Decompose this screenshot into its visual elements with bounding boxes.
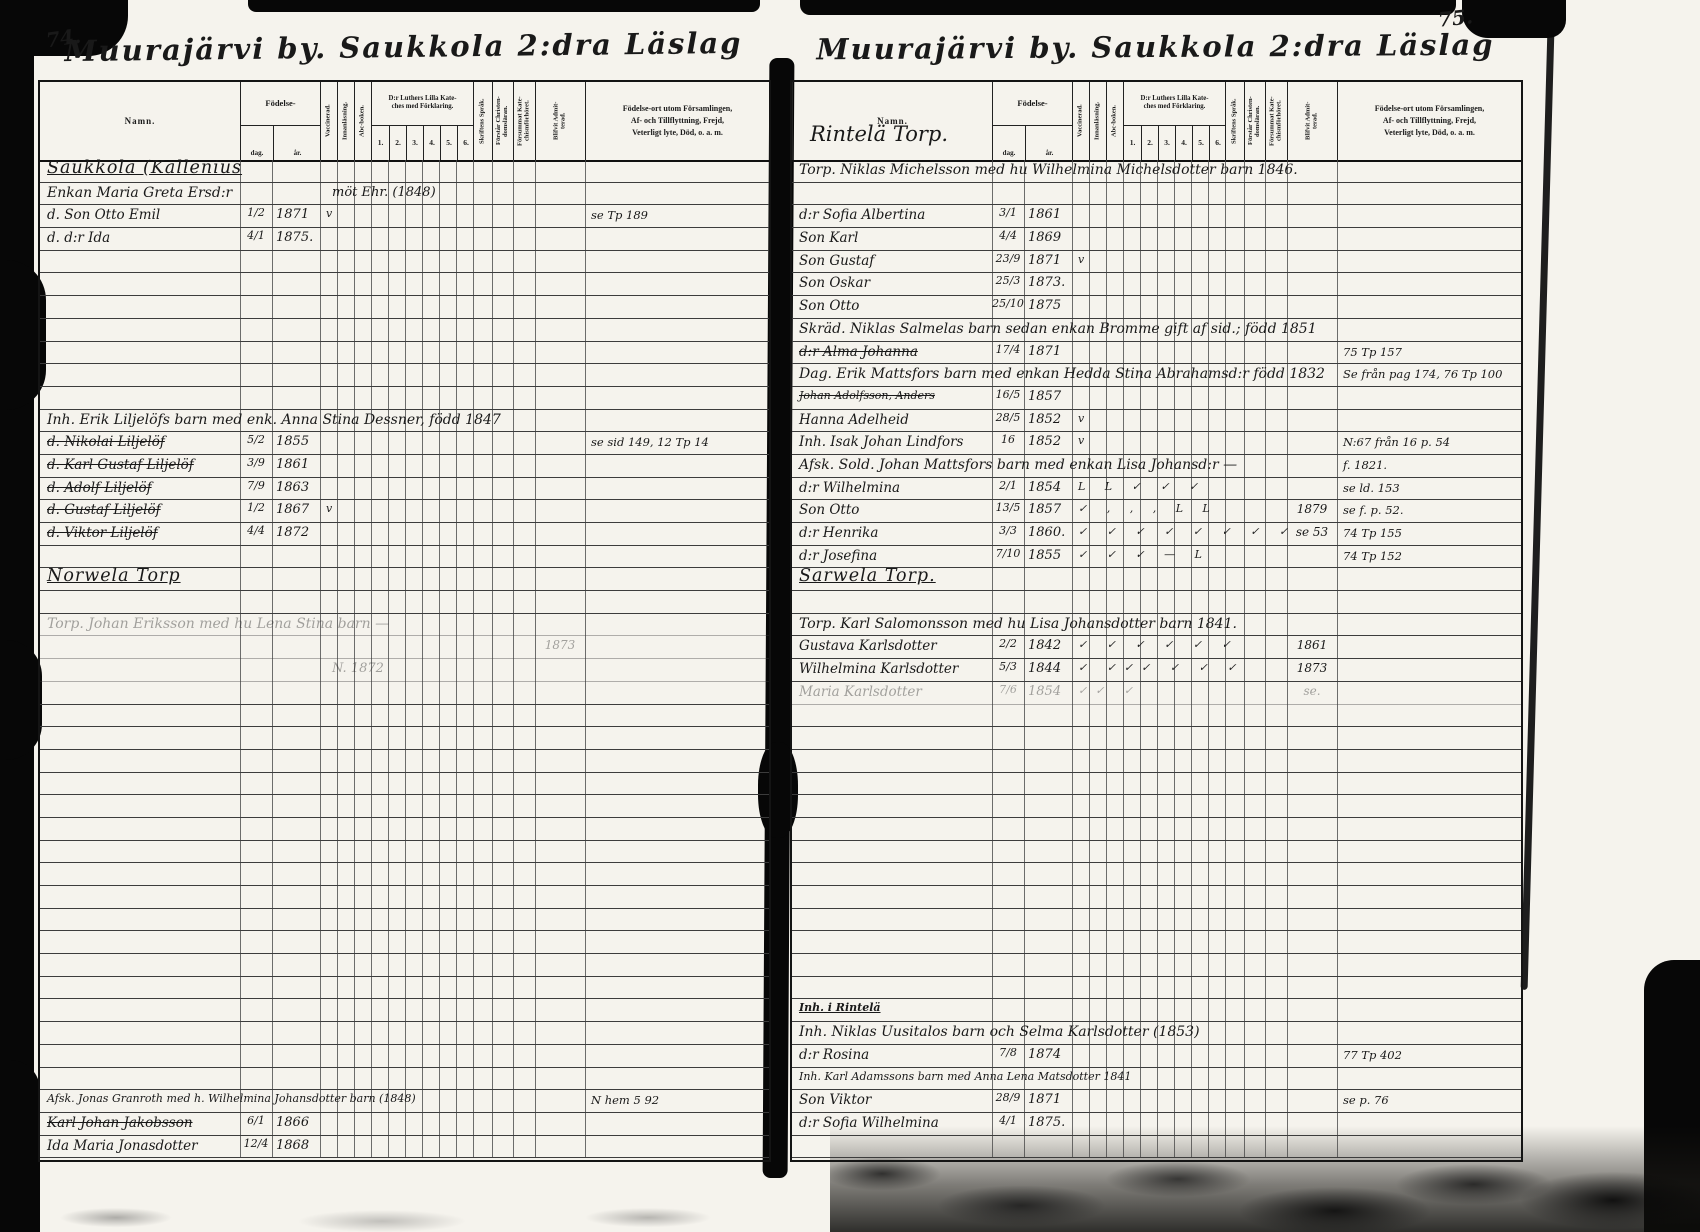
table-row — [40, 795, 769, 818]
table-header: Namn.Födelse-dag.år.Vaccinerad.Innanläsn… — [40, 82, 769, 162]
entry-birth-year: 1875 — [1028, 298, 1061, 313]
table-row: Son Gustaf23/91871v — [792, 251, 1521, 274]
table-row — [792, 931, 1521, 954]
entry-birth-day: 16/5 — [992, 388, 1024, 401]
table-row: d:r Wilhelmina2/11854L L ✓ ✓ ✓se ld. 153 — [792, 478, 1521, 501]
column-header-label: Förstår Christen- domsläran. — [493, 82, 513, 160]
column-header-vertical: Blifvit Admit- terad. — [535, 82, 585, 160]
scan-streak — [1521, 30, 1555, 990]
entry-birth-day: 17/4 — [992, 343, 1024, 356]
table-row — [40, 909, 769, 932]
table-row: d. Karl Gustaf Liljelöf3/91861 — [40, 455, 769, 478]
table-row — [792, 750, 1521, 773]
entry-name: Torp. Johan Eriksson med hu Lena Stina b… — [47, 616, 389, 632]
table-row: d:r Rosina7/8187477 Tp 402 — [792, 1045, 1521, 1068]
entry-name: Wilhelmina Karlsdotter — [799, 661, 958, 677]
column-header-fodelseort: Födelse-ort utom Församlingen, Af- och T… — [1337, 82, 1521, 160]
entry-birth-year: 1857 — [1028, 502, 1061, 517]
table-row — [40, 886, 769, 909]
entry-birth-year: 1854 — [1028, 684, 1061, 699]
table-row — [792, 705, 1521, 728]
table-header: Rintelä Torp. Namn.Födelse-dag.år.Vaccin… — [792, 82, 1521, 162]
section-heading-overlay: Rintelä Torp. — [810, 122, 948, 146]
entry-mid-note: N. 1872 — [332, 661, 384, 676]
entry-admitted-year: se 53 — [1289, 525, 1335, 539]
table-row — [40, 296, 769, 319]
table-row: Maria Karlsdotter7/61854✓✓ ✓se. — [792, 682, 1521, 705]
entry-name: d. Karl Gustaf Liljelöf — [47, 457, 194, 473]
column-header-katekes-number: 1. — [1124, 125, 1141, 160]
table-row: Inh. i Rintelä — [792, 999, 1521, 1022]
entry-name: d. Nikolai Liljelöf — [47, 434, 165, 450]
entry-admitted-year: se. — [1289, 684, 1335, 698]
entry-birth-year: 1863 — [276, 480, 309, 495]
entry-name: d. Viktor Liljelöf — [47, 525, 158, 541]
table-row — [40, 251, 769, 274]
column-header-vertical: Blifvit Admit- terad. — [1287, 82, 1337, 160]
column-header-katekes-number: 6. — [1209, 125, 1226, 160]
table-row: Wilhelmina Karlsdotter5/31844✓ ✓✓✓ ✓ ✓ ✓… — [792, 659, 1521, 682]
entry-margin-note: se ld. 153 — [1343, 481, 1400, 495]
entry-margin-note: N hem 5 92 — [591, 1093, 659, 1107]
column-header-ar: år. — [1025, 125, 1073, 160]
entry-name: Inh. Isak Johan Lindfors — [799, 434, 963, 450]
table-row: Skräd. Niklas Salmelas barn sedan enkan … — [792, 319, 1521, 342]
entry-birth-year: 1873. — [1028, 275, 1065, 290]
column-header-fodelse: Födelse-dag.år. — [992, 82, 1072, 160]
table-row: Inh. Isak Johan Lindfors161852vN:67 från… — [792, 432, 1521, 455]
page-title: Muurajärvi by. Saukkola 2:dra Läslag — [790, 19, 1521, 82]
table-row: Inh. Karl Adamssons barn med Anna Lena M… — [792, 1068, 1521, 1091]
ledger-page-left: Muurajärvi by. Saukkola 2:dra Läslag Nam… — [38, 22, 769, 1182]
entry-name: Johan Adolfsson, Anders — [799, 389, 935, 402]
entry-check-marks: ✓ ✓ ✓ ✓ ✓ ✓ — [1078, 638, 1239, 651]
table-row: d. d:r Ida4/11875. — [40, 228, 769, 251]
table-row: Gustava Karlsdotter2/21842✓ ✓ ✓ ✓ ✓ ✓186… — [792, 636, 1521, 659]
entry-birth-year: 1871 — [1028, 344, 1061, 359]
entry-birth-day: 23/9 — [992, 252, 1024, 265]
column-header-vertical: Försummat Kate- chismförhöret. — [1265, 82, 1287, 160]
entry-name: d. d:r Ida — [47, 230, 110, 246]
column-header-vertical: Innanläsning. — [337, 82, 354, 160]
entry-check-marks: v — [326, 207, 340, 220]
entry-birth-day: 12/4 — [240, 1137, 272, 1150]
entry-name: Son Otto — [799, 298, 859, 314]
table-row — [40, 818, 769, 841]
entry-name: Son Otto — [799, 502, 859, 518]
entry-birth-year: 1861 — [1028, 207, 1061, 222]
entry-name: d:r Rosina — [799, 1047, 869, 1063]
column-header-namn: Namn. — [792, 82, 992, 160]
column-header-fodelse: Födelse-dag.år. — [240, 82, 320, 160]
table-row: Dag. Erik Mattsfors barn med enkan Hedda… — [792, 364, 1521, 387]
column-header-katekes-number: 2. — [389, 125, 406, 160]
entry-check-marks: v — [1078, 412, 1092, 425]
table-row: Saukkola (Kallenius — [40, 160, 769, 183]
table-row — [40, 954, 769, 977]
entry-birth-day: 3/1 — [992, 206, 1024, 219]
column-header-katekes-number: 5. — [440, 125, 457, 160]
entry-birth-year: 1857 — [1028, 389, 1061, 404]
column-header-label: Vaccinerad. — [321, 82, 337, 160]
table-rows: Torp. Niklas Michelsson med hu Wilhelmin… — [792, 160, 1521, 1158]
entry-name: Inh. Karl Adamssons barn med Anna Lena M… — [799, 1070, 1131, 1083]
column-header-vertical: Vaccinerad. — [320, 82, 337, 160]
scan-edge-blob — [0, 1060, 40, 1232]
entry-birth-day: 4/1 — [992, 1114, 1024, 1127]
table-row: d. Gustaf Liljelöf1/21867v — [40, 500, 769, 523]
table-row: Ida Maria Jonasdotter12/41868 — [40, 1136, 769, 1159]
entry-margin-note: Se från pag 174, 76 Tp 100 — [1343, 367, 1502, 381]
entry-birth-day: 7/8 — [992, 1046, 1024, 1059]
table-row — [40, 1045, 769, 1068]
column-header-ar: år. — [273, 125, 321, 160]
entry-margin-note: f. 1821. — [1343, 458, 1387, 472]
entry-name: Son Gustaf — [799, 253, 874, 269]
entry-check-marks: ✓✓ ✓ — [1078, 684, 1141, 697]
column-header-label: Blifvit Admit- terad. — [1288, 82, 1337, 160]
column-header-dag: dag. — [241, 125, 273, 160]
table-row: Son Otto13/51857✓ , , , L L1879se f. p. … — [792, 500, 1521, 523]
entry-birth-year: 1842 — [1028, 638, 1061, 653]
entry-name: Inh. i Rintelä — [799, 1001, 881, 1014]
table-row: d:r Sofia Wilhelmina4/11875. — [792, 1113, 1521, 1136]
entry-birth-year: 1868 — [276, 1138, 309, 1153]
scan-top-bar — [248, 0, 760, 12]
entry-birth-year: 1855 — [276, 434, 309, 449]
table-row — [792, 818, 1521, 841]
table-row — [792, 183, 1521, 206]
entry-name: Skräd. Niklas Salmelas barn sedan enkan … — [799, 321, 1317, 337]
entry-name: Son Viktor — [799, 1092, 871, 1108]
table-row: Karl Johan Jakobsson6/11866 — [40, 1113, 769, 1136]
column-header-katekes-number: 4. — [1175, 125, 1192, 160]
table-row — [40, 841, 769, 864]
table-row — [40, 750, 769, 773]
column-header-label: Namn. — [125, 116, 156, 126]
entry-birth-day: 13/5 — [992, 501, 1024, 514]
column-header-label: Skriftens Språk. — [1226, 82, 1244, 160]
table-row: d:r Alma Johanna17/4187175 Tp 157 — [792, 342, 1521, 365]
entry-check-marks: L L ✓ ✓ ✓ — [1078, 480, 1206, 493]
entry-name: Inh. Erik Liljelöfs barn med enk. Anna S… — [47, 412, 501, 428]
entry-birth-day: 5/3 — [992, 660, 1024, 673]
column-header-katekes-number: 3. — [406, 125, 423, 160]
entry-check-marks: v — [1078, 434, 1092, 447]
table-row — [40, 863, 769, 886]
column-header-katekes-number: 6. — [457, 125, 474, 160]
column-header-label: Födelse-ort utom Församlingen, Af- och T… — [586, 82, 769, 160]
table-row: d:r Sofia Albertina3/11861 — [792, 205, 1521, 228]
scan-edge-left — [0, 0, 34, 1232]
entry-birth-day: 2/2 — [992, 637, 1024, 650]
column-header-vertical: Innanläsning. — [1089, 82, 1106, 160]
entry-birth-day: 4/1 — [240, 229, 272, 242]
table-row — [40, 682, 769, 705]
table-rows: Saukkola (KalleniusEnkan Maria Greta Ers… — [40, 160, 769, 1158]
entry-check-marks: ✓ ✓ ✓ ✓ ✓ ✓ ✓ ✓ — [1078, 525, 1296, 538]
entry-birth-year: 1874 — [1028, 1047, 1061, 1062]
entry-name: d:r Henrika — [799, 525, 878, 541]
table-row — [40, 546, 769, 569]
entry-birth-day: 1/2 — [240, 206, 272, 219]
entry-birth-year: 1860. — [1028, 525, 1065, 540]
table-body: Saukkola (KalleniusEnkan Maria Greta Ers… — [40, 160, 769, 1158]
entry-birth-year: 1861 — [276, 457, 309, 472]
entry-check-marks: v — [1078, 253, 1092, 266]
table-row: Inh. Erik Liljelöfs barn med enk. Anna S… — [40, 410, 769, 433]
table-row — [792, 977, 1521, 1000]
column-header-vertical: Skriftens Språk. — [473, 82, 492, 160]
column-header-katekes-number: 2. — [1141, 125, 1158, 160]
entry-birth-year: 1855 — [1028, 548, 1061, 563]
column-header-label: Innanläsning. — [1090, 82, 1106, 160]
column-header-label: Förstår Christen- domsläran. — [1245, 82, 1265, 160]
column-header-label: Försummat Kate- chismförhöret. — [514, 82, 535, 160]
entry-admitted-year: 1873 — [537, 638, 583, 652]
column-header-label: Födelse- — [993, 82, 1072, 126]
table-row — [40, 273, 769, 296]
entry-name: d. Son Otto Emil — [47, 207, 160, 223]
entry-birth-day: 28/5 — [992, 411, 1024, 424]
entry-margin-note: N:67 från 16 p. 54 — [1343, 435, 1450, 449]
table-row — [40, 387, 769, 410]
column-header-vertical: Skriftens Språk. — [1225, 82, 1244, 160]
entry-birth-day: 7/6 — [992, 683, 1024, 696]
table-row — [40, 342, 769, 365]
entry-birth-year: 1852 — [1028, 434, 1061, 449]
entry-margin-note: 74 Tp 155 — [1343, 526, 1402, 540]
entry-name: Afsk. Sold. Johan Mattsfors barn med enk… — [799, 457, 1237, 473]
entry-name: Karl Johan Jakobsson — [47, 1115, 193, 1131]
page-title: Muurajärvi by. Saukkola 2:dra Läslag — [38, 18, 770, 85]
column-header-fodelseort: Födelse-ort utom Församlingen, Af- och T… — [585, 82, 769, 160]
table-row — [40, 977, 769, 1000]
table-row — [792, 795, 1521, 818]
table-row — [792, 773, 1521, 796]
entry-admitted-year: 1879 — [1289, 502, 1335, 516]
table-row — [792, 727, 1521, 750]
table-row: Johan Adolfsson, Anders16/51857 — [792, 387, 1521, 410]
table-row: d:r Henrika3/31860.✓ ✓ ✓ ✓ ✓ ✓ ✓ ✓se 537… — [792, 523, 1521, 546]
table-row: Inh. Niklas Uusitalos barn och Selma Kar… — [792, 1022, 1521, 1045]
column-header-label: Födelse-ort utom Församlingen, Af- och T… — [1338, 82, 1521, 160]
column-header-namn: Namn. — [40, 82, 240, 160]
entry-name: Norwela Torp — [47, 566, 181, 586]
scan-top-bar — [800, 0, 1456, 15]
entry-birth-year: 1871 — [1028, 1092, 1061, 1107]
entry-birth-day: 2/1 — [992, 479, 1024, 492]
entry-name: Enkan Maria Greta Ersd:r — [47, 185, 232, 201]
table-row: Torp. Karl Salomonsson med hu Lisa Johan… — [792, 614, 1521, 637]
entry-name: Dag. Erik Mattsfors barn med enkan Hedda… — [799, 366, 1325, 382]
entry-birth-year: 1852 — [1028, 412, 1061, 427]
scan-bottom-mottle — [40, 1196, 800, 1232]
scan-edge-blob — [0, 640, 42, 760]
table-row — [40, 705, 769, 728]
table-row — [40, 1068, 769, 1091]
entry-birth-day: 3/3 — [992, 524, 1024, 537]
column-header-katekes-number: 5. — [1192, 125, 1209, 160]
column-header-label: Blifvit Admit- terad. — [536, 82, 585, 160]
entry-birth-day: 7/9 — [240, 479, 272, 492]
entry-birth-day: 16 — [992, 433, 1024, 446]
entry-name: Torp. Karl Salomonsson med hu Lisa Johan… — [799, 616, 1237, 632]
table-row: Son Viktor28/91871se p. 76 — [792, 1090, 1521, 1113]
entry-name: Saukkola (Kallenius — [47, 158, 242, 178]
entry-margin-note: 75 Tp 157 — [1343, 345, 1402, 359]
entry-margin-note: se p. 76 — [1343, 1093, 1389, 1107]
table-row — [40, 319, 769, 342]
entry-admitted-year: 1861 — [1289, 638, 1335, 652]
column-header-label: Födelse- — [241, 82, 320, 126]
record-table: Namn.Födelse-dag.år.Vaccinerad.Innanläsn… — [38, 80, 771, 1162]
entry-birth-year: 1871 — [1028, 253, 1061, 268]
entry-birth-year: 1844 — [1028, 661, 1061, 676]
entry-margin-note: se sid 149, 12 Tp 14 — [591, 435, 709, 449]
table-row: d. Son Otto Emil1/21871vse Tp 189 — [40, 205, 769, 228]
column-header-vertical: Abc-boken. — [1106, 82, 1123, 160]
entry-check-marks: v — [326, 502, 340, 515]
entry-birth-year: 1867 — [276, 502, 309, 517]
record-table: Rintelä Torp. Namn.Födelse-dag.år.Vaccin… — [790, 80, 1523, 1162]
entry-name: d:r Sofia Wilhelmina — [799, 1115, 939, 1131]
table-row: Torp. Johan Eriksson med hu Lena Stina b… — [40, 614, 769, 637]
entry-name: d:r Sofia Albertina — [799, 207, 925, 223]
entry-margin-note: 74 Tp 152 — [1343, 549, 1402, 563]
column-header-katekes: D:r Luthers Lilla Kate- ches med Förklar… — [371, 82, 473, 160]
entry-birth-day: 7/10 — [992, 547, 1024, 560]
entry-name: Torp. Niklas Michelsson med hu Wilhelmin… — [799, 162, 1298, 178]
entry-check-marks: ✓ ✓ ✓ — L — [1078, 548, 1210, 561]
table-row — [40, 1022, 769, 1045]
table-row: Sarwela Torp. — [792, 568, 1521, 591]
table-row: Torp. Niklas Michelsson med hu Wilhelmin… — [792, 160, 1521, 183]
entry-margin-note: 77 Tp 402 — [1343, 1048, 1402, 1062]
entry-name: Son Karl — [799, 230, 858, 246]
entry-birth-day: 6/1 — [240, 1114, 272, 1127]
entry-birth-year: 1871 — [276, 207, 309, 222]
entry-birth-year: 1854 — [1028, 480, 1061, 495]
entry-birth-year: 1875. — [1028, 1115, 1065, 1130]
column-header-label: Innanläsning. — [338, 82, 354, 160]
table-row: Son Karl4/41869 — [792, 228, 1521, 251]
column-header-katekes-number: 1. — [372, 125, 389, 160]
entry-birth-year: 1875. — [276, 230, 313, 245]
entry-name: Sarwela Torp. — [799, 566, 936, 586]
entry-birth-year: 1866 — [276, 1115, 309, 1130]
column-header-vertical: Förstår Christen- domsläran. — [1244, 82, 1265, 160]
column-header-katekes: D:r Luthers Lilla Kate- ches med Förklar… — [1123, 82, 1225, 160]
column-header-label: Vaccinerad. — [1073, 82, 1089, 160]
table-row: d. Nikolai Liljelöf5/21855se sid 149, 12… — [40, 432, 769, 455]
entry-name: d. Adolf Liljelöf — [47, 480, 152, 496]
table-row — [792, 863, 1521, 886]
table-row — [792, 886, 1521, 909]
table-row — [40, 591, 769, 614]
column-header-label: Försummat Kate- chismförhöret. — [1266, 82, 1287, 160]
entry-name: d:r Josefina — [799, 548, 877, 564]
table-row: d. Viktor Liljelöf4/41872 — [40, 523, 769, 546]
entry-name: d:r Alma Johanna — [799, 344, 918, 360]
column-header-vertical: Försummat Kate- chismförhöret. — [513, 82, 535, 160]
column-header-vertical: Förstår Christen- domsläran. — [492, 82, 513, 160]
table-row — [40, 999, 769, 1022]
table-row: N. 1872 — [40, 659, 769, 682]
entry-name: Afsk. Jonas Granroth med h. Wilhelmina J… — [47, 1092, 416, 1105]
entry-name: d. Gustaf Liljelöf — [47, 502, 161, 518]
table-row — [40, 931, 769, 954]
entry-name: d:r Wilhelmina — [799, 480, 900, 496]
ledger-page-right: Muurajärvi by. Saukkola 2:dra Läslag Rin… — [790, 22, 1521, 1182]
entry-name: Son Oskar — [799, 275, 870, 291]
column-header-katekes-number: 3. — [1158, 125, 1175, 160]
table-row: Enkan Maria Greta Ersd:rmöt Ehr. (1848) — [40, 183, 769, 206]
entry-birth-day: 4/4 — [240, 524, 272, 537]
entry-birth-day: 5/2 — [240, 433, 272, 446]
entry-check-marks: ✓ ✓✓✓ ✓ ✓ ✓ — [1078, 661, 1245, 674]
table-row — [792, 909, 1521, 932]
table-row — [792, 841, 1521, 864]
column-header-label: Skriftens Språk. — [474, 82, 492, 160]
table-row: Afsk. Jonas Granroth med h. Wilhelmina J… — [40, 1090, 769, 1113]
entry-name: Inh. Niklas Uusitalos barn och Selma Kar… — [799, 1024, 1200, 1040]
table-row — [792, 1136, 1521, 1159]
entry-name: Maria Karlsdotter — [799, 684, 922, 700]
entry-name: Hanna Adelheid — [799, 412, 909, 428]
entry-name: Gustava Karlsdotter — [799, 638, 937, 654]
column-header-label: D:r Luthers Lilla Kate- ches med Förklar… — [1124, 82, 1225, 126]
table-row: d. Adolf Liljelöf7/91863 — [40, 478, 769, 501]
entry-birth-day: 4/4 — [992, 229, 1024, 242]
column-header-katekes-number: 4. — [423, 125, 440, 160]
table-row: Norwela Torp — [40, 568, 769, 591]
entry-birth-day: 25/10 — [992, 297, 1024, 310]
column-header-label: Abc-boken. — [1107, 82, 1123, 160]
table-body: Torp. Niklas Michelsson med hu Wilhelmin… — [792, 160, 1521, 1158]
entry-birth-year: 1872 — [276, 525, 309, 540]
table-row — [40, 364, 769, 387]
entry-birth-day: 28/9 — [992, 1091, 1024, 1104]
entry-admitted-year: 1873 — [1289, 661, 1335, 675]
entry-margin-note: se Tp 189 — [591, 208, 648, 222]
table-row: d:r Josefina7/101855✓ ✓ ✓ — L74 Tp 152 — [792, 546, 1521, 569]
column-header-dag: dag. — [993, 125, 1025, 160]
column-header-vertical: Abc-boken. — [354, 82, 371, 160]
column-header-vertical: Vaccinerad. — [1072, 82, 1089, 160]
entry-margin-note: se f. p. 52. — [1343, 503, 1403, 517]
table-row — [40, 773, 769, 796]
column-header-label: D:r Luthers Lilla Kate- ches med Förklar… — [372, 82, 473, 126]
entry-birth-day: 25/3 — [992, 274, 1024, 287]
table-row: Afsk. Sold. Johan Mattsfors barn med enk… — [792, 455, 1521, 478]
entry-mid-note: möt Ehr. (1848) — [332, 185, 436, 200]
column-header-label: Abc-boken. — [355, 82, 371, 160]
table-row: Son Otto25/101875 — [792, 296, 1521, 319]
entry-birth-day: 3/9 — [240, 456, 272, 469]
entry-check-marks: ✓ , , , L L — [1078, 502, 1218, 515]
table-row: Hanna Adelheid28/51852v — [792, 410, 1521, 433]
table-row — [792, 591, 1521, 614]
table-row — [40, 727, 769, 750]
table-row: Son Oskar25/31873. — [792, 273, 1521, 296]
table-row: 1873 — [40, 636, 769, 659]
entry-birth-year: 1869 — [1028, 230, 1061, 245]
entry-name: Ida Maria Jonasdotter — [47, 1138, 198, 1154]
entry-birth-day: 1/2 — [240, 501, 272, 514]
table-row — [792, 954, 1521, 977]
